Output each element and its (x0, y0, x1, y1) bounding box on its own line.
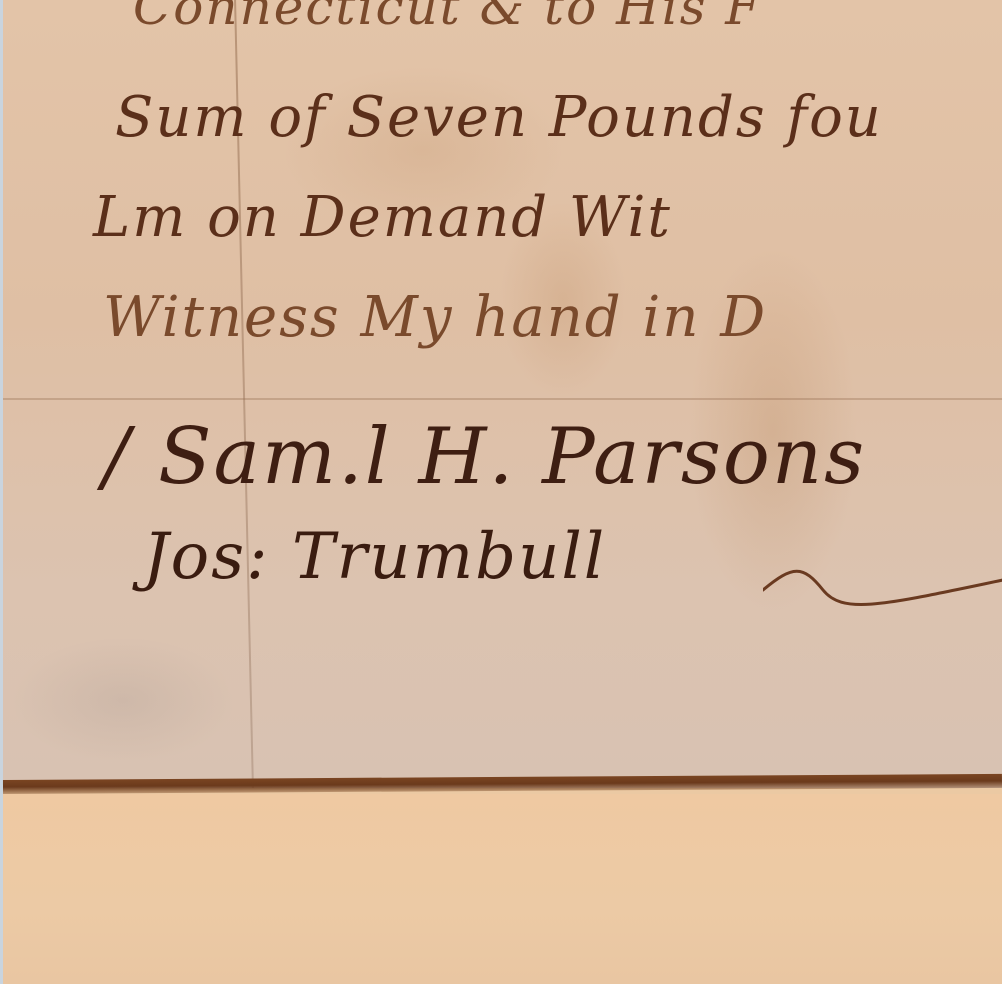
signature-trumbull: Jos: Trumbull (143, 520, 606, 594)
handwritten-line-3: Lm on Demand Wit (93, 185, 672, 250)
horizontal-fold-crease (3, 398, 1002, 400)
handwritten-line-1: Connecticut & to His F (133, 0, 762, 36)
paper-sheet: Connecticut & to His F Sum of Seven Poun… (3, 0, 1002, 788)
handwritten-line-4: Witness My hand in D (103, 285, 767, 350)
signature-flourish-icon (763, 560, 1002, 610)
document-photo: Connecticut & to His F Sum of Seven Poun… (0, 0, 1002, 984)
signature-parsons: / Sam.l H. Parsons (103, 412, 866, 502)
table-surface (3, 794, 1002, 984)
handwritten-line-2: Sum of Seven Pounds fou (115, 85, 883, 150)
